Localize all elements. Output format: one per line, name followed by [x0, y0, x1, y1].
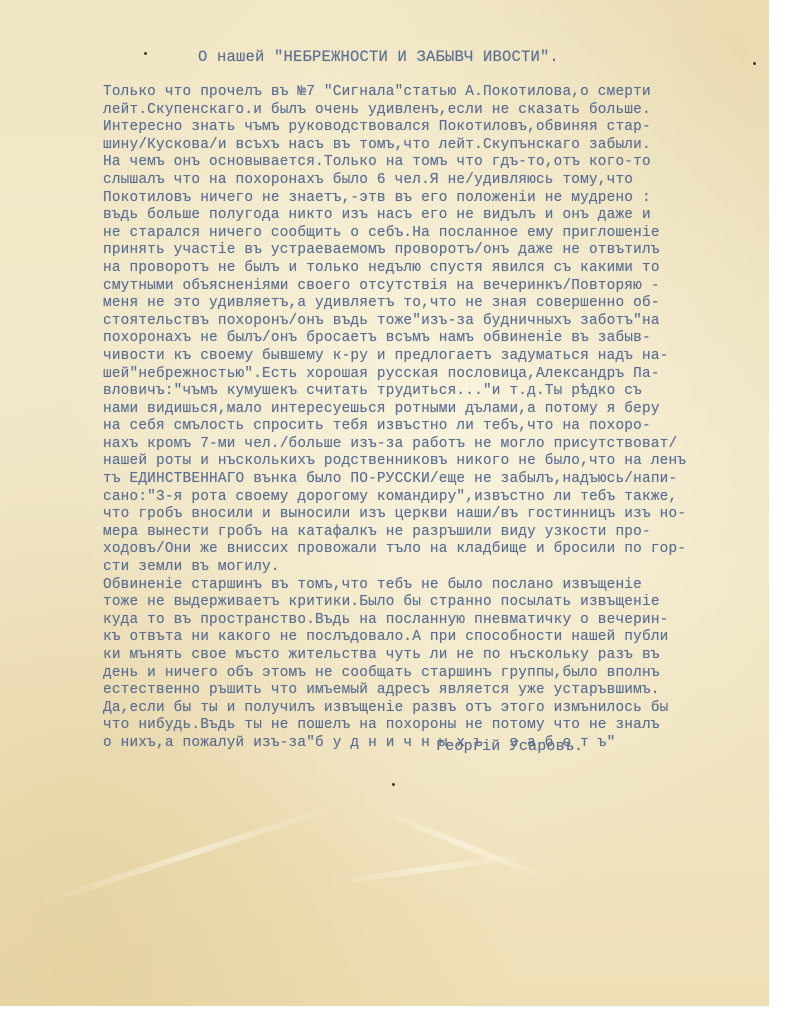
- text-line: на проворотъ не былъ и только недълю спу…: [103, 260, 763, 278]
- text-line: чивости къ своему бывшему к-ру и предлог…: [103, 348, 763, 366]
- text-line: смутными объясненiями своего отсутствiя …: [103, 278, 763, 296]
- text-line: ходовъ/Они же вниссих провожали тъло на …: [103, 541, 763, 559]
- text-line: на себя смълость спросить тебя извъстно …: [103, 418, 763, 436]
- text-line: тоже не выдерживаетъ критики.Было бы стр…: [103, 594, 763, 612]
- text-line: естественно ръшить что имъемый адресъ яв…: [103, 682, 763, 700]
- text-line: что нибудь.Въдь ты не пошелъ на похороны…: [103, 717, 763, 735]
- text-line: о нихъ,а пожалуй изъ-за"б у д н и ч н ы …: [103, 735, 763, 753]
- text-line: ки мънять свое мъсто жительства чуть ли …: [103, 647, 763, 665]
- text-line: Покотиловъ ничего не знаетъ,-этв въ его …: [103, 190, 763, 208]
- text-line: принять участiе въ устраеваемомъ проворо…: [103, 242, 763, 260]
- scan-background-right: [769, 0, 786, 1024]
- text-line: Только что прочелъ въ №7 "Сигнала"статью…: [103, 84, 763, 102]
- text-line: мера вынести гробъ на катафалкъ не разръ…: [103, 524, 763, 542]
- text-line: вловичъ:"чъмъ кумушекъ считать трудиться…: [103, 383, 763, 401]
- text-line: слышалъ что на похоронахъ было 6 чел.Я н…: [103, 172, 763, 190]
- paper-sheet: О нашей "НЕБРЕЖНОСТИ И ЗАБЫВЧ ИВОСТИ". Т…: [0, 0, 769, 1006]
- paper-crease: [39, 801, 345, 906]
- document-body: Только что прочелъ въ №7 "Сигнала"статью…: [103, 84, 763, 753]
- text-line: куда то въ пространство.Въдь на посланну…: [103, 612, 763, 630]
- text-line: меня не это удивляетъ,а удивляетъ то,что…: [103, 295, 763, 313]
- paper-speck: [144, 52, 147, 55]
- text-line: день и ничего объ этомъ не сообщать стар…: [103, 665, 763, 683]
- text-line: нами видишься,мало интересуешься ротными…: [103, 401, 763, 419]
- text-line: Да,если бы ты и получилъ извъщенiе развъ…: [103, 700, 763, 718]
- text-line: Обвиненiе старшинъ въ томъ,что тебъ не б…: [103, 577, 763, 595]
- document-title: О нашей "НЕБРЕЖНОСТИ И ЗАБЫВЧ ИВОСТИ".: [198, 48, 559, 66]
- text-line: Интересно знать чъмъ руководствовался По…: [103, 119, 763, 137]
- text-line: не старался ничего сообщить о себъ.На по…: [103, 225, 763, 243]
- text-line: лейт.Скупенскаго.и былъ очень удивленъ,е…: [103, 102, 763, 120]
- text-line: что гробъ вносили и выносили изъ церкви …: [103, 506, 763, 524]
- text-line: На чемъ онъ основывается.Только на томъ …: [103, 154, 763, 172]
- text-line: сти земли въ могилу.: [103, 559, 763, 577]
- text-line: нашей роты и нъсколькихъ родственниковъ …: [103, 453, 763, 471]
- signature: Георгiй Усаровъ.: [436, 738, 583, 755]
- paper-speck: [753, 62, 756, 65]
- text-line: похоронахъ не былъ/онъ бросаетъ всъмъ на…: [103, 330, 763, 348]
- text-line: стоятельствъ похоронъ/онъ въдь тоже"изъ-…: [103, 313, 763, 331]
- text-line: въдь больше полугода никто изъ насъ его …: [103, 207, 763, 225]
- text-line: нахъ кромъ 7-ми чел./больше изъ-за работ…: [103, 436, 763, 454]
- text-line: къ отвъта ни какого не послъдовало.А при…: [103, 629, 763, 647]
- scan-background-bottom: [0, 1006, 786, 1024]
- text-line: шину/Кускова/и всъхъ насъ въ томъ,что ле…: [103, 137, 763, 155]
- paper-speck: [392, 783, 395, 786]
- text-line: сано:"3-я рота своему дорогому командиру…: [103, 489, 763, 507]
- text-line: шей"небрежностью".Есть хорошая русская п…: [103, 366, 763, 384]
- paper-crease: [330, 852, 529, 886]
- text-line: тъ ЕДИНСТВЕННАГО вънка было ПО-РУССКИ/ещ…: [103, 471, 763, 489]
